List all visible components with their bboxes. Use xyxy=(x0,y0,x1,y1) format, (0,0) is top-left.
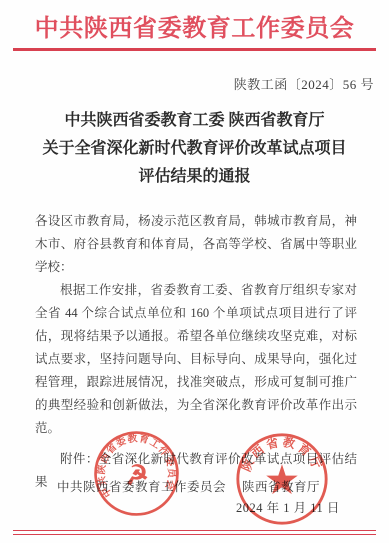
title-line-3: 评估结果的通报 xyxy=(0,163,389,191)
letterhead-org-name: 中共陕西省委教育工作委员会 xyxy=(0,8,389,43)
document-number: 陕教工函〔2024〕56 号 xyxy=(234,74,374,93)
official-document-page: 中共陕西省委教育工作委员会 陕教工函〔2024〕56 号 中共陕西省委教育工委 … xyxy=(0,0,389,543)
title-line-1: 中共陕西省委教育工委 陕西省教育厅 xyxy=(0,107,389,135)
official-seal-party-committee: 中共陕西省委教育工作委员会 ☭ xyxy=(88,425,186,523)
footer-red-rule xyxy=(13,530,376,535)
main-paragraph: 根据工作安排，省委教育工委、省教育厅组织专家对全省 44 个综合试点单位和 16… xyxy=(35,279,357,440)
document-title: 中共陕西省委教育工委 陕西省教育厅 关于全省深化新时代教育评价改革试点项目 评估… xyxy=(0,107,389,191)
title-line-2: 关于全省深化新时代教育评价改革试点项目 xyxy=(0,135,389,163)
hammer-sickle-icon: ☭ xyxy=(123,459,150,491)
salutation: 各设区市教育局，杨凌示范区教育局，韩城市教育局，神木市、府谷县教育和体育局，各高… xyxy=(35,210,357,279)
star-icon: ★ xyxy=(266,459,299,500)
official-seal-education-department: 陕西省教育厅 ★ xyxy=(234,431,330,527)
header-red-rule xyxy=(13,48,376,51)
